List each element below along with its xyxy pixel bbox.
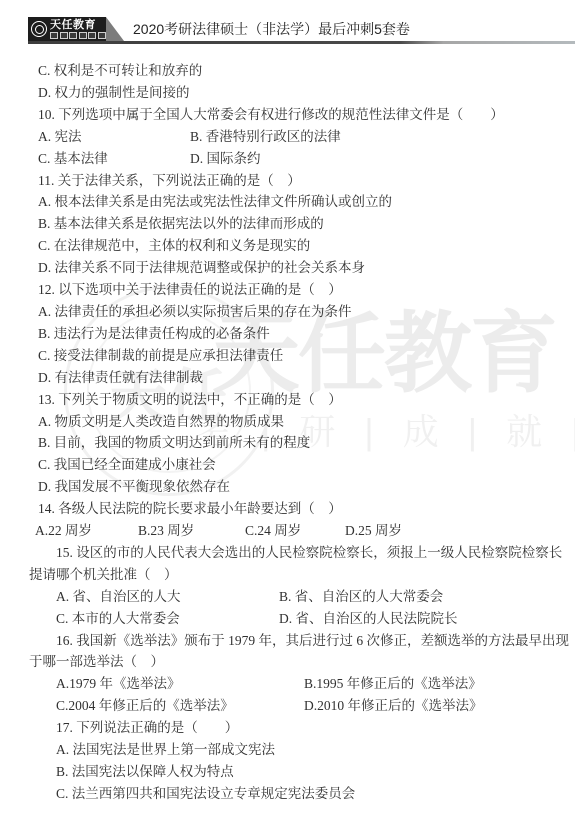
document-line: 10. 下列选项中属于全国人大常委会有权进行修改的规范性法律文件是（ ） [29, 104, 575, 126]
badge-wedge-decoration [106, 17, 124, 41]
document-line: C. 法兰西第四共和国宪法设立专章规定宪法委员会 [29, 783, 575, 805]
header-divider [28, 41, 575, 44]
publisher-badge: 天任教育 [28, 17, 106, 41]
option-cell: B. 香港特别行政区的法律 [190, 126, 341, 148]
document-line: 14. 各级人民法院的院长要求最小年龄要达到（ ） [29, 498, 575, 520]
option-cell: D. 国际条约 [190, 148, 261, 170]
document-line: A.22 周岁B.23 周岁C.24 周岁D.25 周岁 [29, 520, 575, 542]
option-cell: D.25 周岁 [345, 520, 402, 542]
document-line: 于哪一部选举法（ ） [29, 651, 575, 673]
document-line: D. 法律关系不同于法律规范调整或保护的社会关系本身 [29, 257, 575, 279]
option-cell: D. 省、自治区的人民法院院长 [279, 608, 458, 630]
option-cell: C.2004 年修正后的《选举法》 [56, 695, 304, 717]
publisher-tagline-marks [50, 32, 106, 39]
document-line: 提请哪个机关批准（ ） [29, 564, 575, 586]
document-line: A. 根本法律关系是由宪法或宪法性法律文件所确认或创立的 [29, 191, 575, 213]
document-line: C. 在法律规范中，主体的权利和义务是现实的 [29, 235, 575, 257]
document-line: B. 违法行为是法律责任构成的必备条件 [29, 323, 575, 345]
document-line: 13. 下列关于物质文明的说法中，不正确的是（ ） [29, 389, 575, 411]
option-cell: A.22 周岁 [35, 520, 138, 542]
page-title: 2020考研法律硕士（非法学）最后冲刺5套卷 [133, 17, 410, 41]
document-line: B. 法国宪法以保障人权为特点 [29, 761, 575, 783]
document-line: D. 有法律责任就有法律制裁 [29, 367, 575, 389]
document-line: D. 我国发展不平衡现象依然存在 [29, 476, 575, 498]
option-cell: A. 省、自治区的人大 [56, 586, 279, 608]
document-line: A. 物质文明是人类改造自然界的物质成果 [29, 411, 575, 433]
option-cell: B. 省、自治区的人大常委会 [279, 586, 443, 608]
document-line: C. 接受法律制裁的前提是应承担法律责任 [29, 345, 575, 367]
document-body: C. 权利是不可转让和放弃的D. 权力的强制性是间接的10. 下列选项中属于全国… [29, 60, 575, 805]
document-line: 12. 以下选项中关于法律责任的说法正确的是（ ） [29, 279, 575, 301]
document-line: 16. 我国新《选举法》颁布于 1979 年，其后进行过 6 次修正，差额选举的… [29, 630, 575, 652]
document-line: B. 基本法律关系是依据宪法以外的法律而形成的 [29, 213, 575, 235]
document-line: 11. 关于法律关系，下列说法正确的是（ ） [29, 170, 575, 192]
document-line: C. 我国已经全面建成小康社会 [29, 454, 575, 476]
document-line: 17. 下列说法正确的是（ ） [29, 717, 575, 739]
publisher-brand-name: 天任教育 [50, 19, 106, 31]
document-line: A.1979 年《选举法》B.1995 年修正后的《选举法》 [29, 673, 575, 695]
document-line: A. 法国宪法是世界上第一部成文宪法 [29, 739, 575, 761]
publisher-logo-icon [31, 21, 47, 37]
option-cell: C.24 周岁 [245, 520, 345, 542]
option-cell: D.2010 年修正后的《选举法》 [304, 695, 483, 717]
page-header: 天任教育 2020考研法律硕士（非法学）最后冲刺5套卷 [28, 17, 575, 41]
document-line: A. 法律责任的承担必须以实际损害后果的存在为条件 [29, 301, 575, 323]
document-line: A. 宪法B. 香港特别行政区的法律 [29, 126, 575, 148]
document-line: C. 权利是不可转让和放弃的 [29, 60, 575, 82]
document-line: A. 省、自治区的人大B. 省、自治区的人大常委会 [29, 586, 575, 608]
document-line: D. 权力的强制性是间接的 [29, 82, 575, 104]
document-line: C. 基本法律D. 国际条约 [29, 148, 575, 170]
option-cell: A.1979 年《选举法》 [56, 673, 304, 695]
document-line: 15. 设区的市的人民代表大会选出的人民检察院检察长，须报上一级人民检察院检察长 [29, 542, 575, 564]
document-line: C. 本市的人大常委会D. 省、自治区的人民法院院长 [29, 608, 575, 630]
document-line: B. 目前，我国的物质文明达到前所未有的程度 [29, 432, 575, 454]
option-cell: B.23 周岁 [138, 520, 245, 542]
option-cell: A. 宪法 [38, 126, 190, 148]
option-cell: C. 本市的人大常委会 [56, 608, 279, 630]
option-cell: B.1995 年修正后的《选举法》 [304, 673, 482, 695]
document-line: C.2004 年修正后的《选举法》D.2010 年修正后的《选举法》 [29, 695, 575, 717]
option-cell: C. 基本法律 [38, 148, 190, 170]
